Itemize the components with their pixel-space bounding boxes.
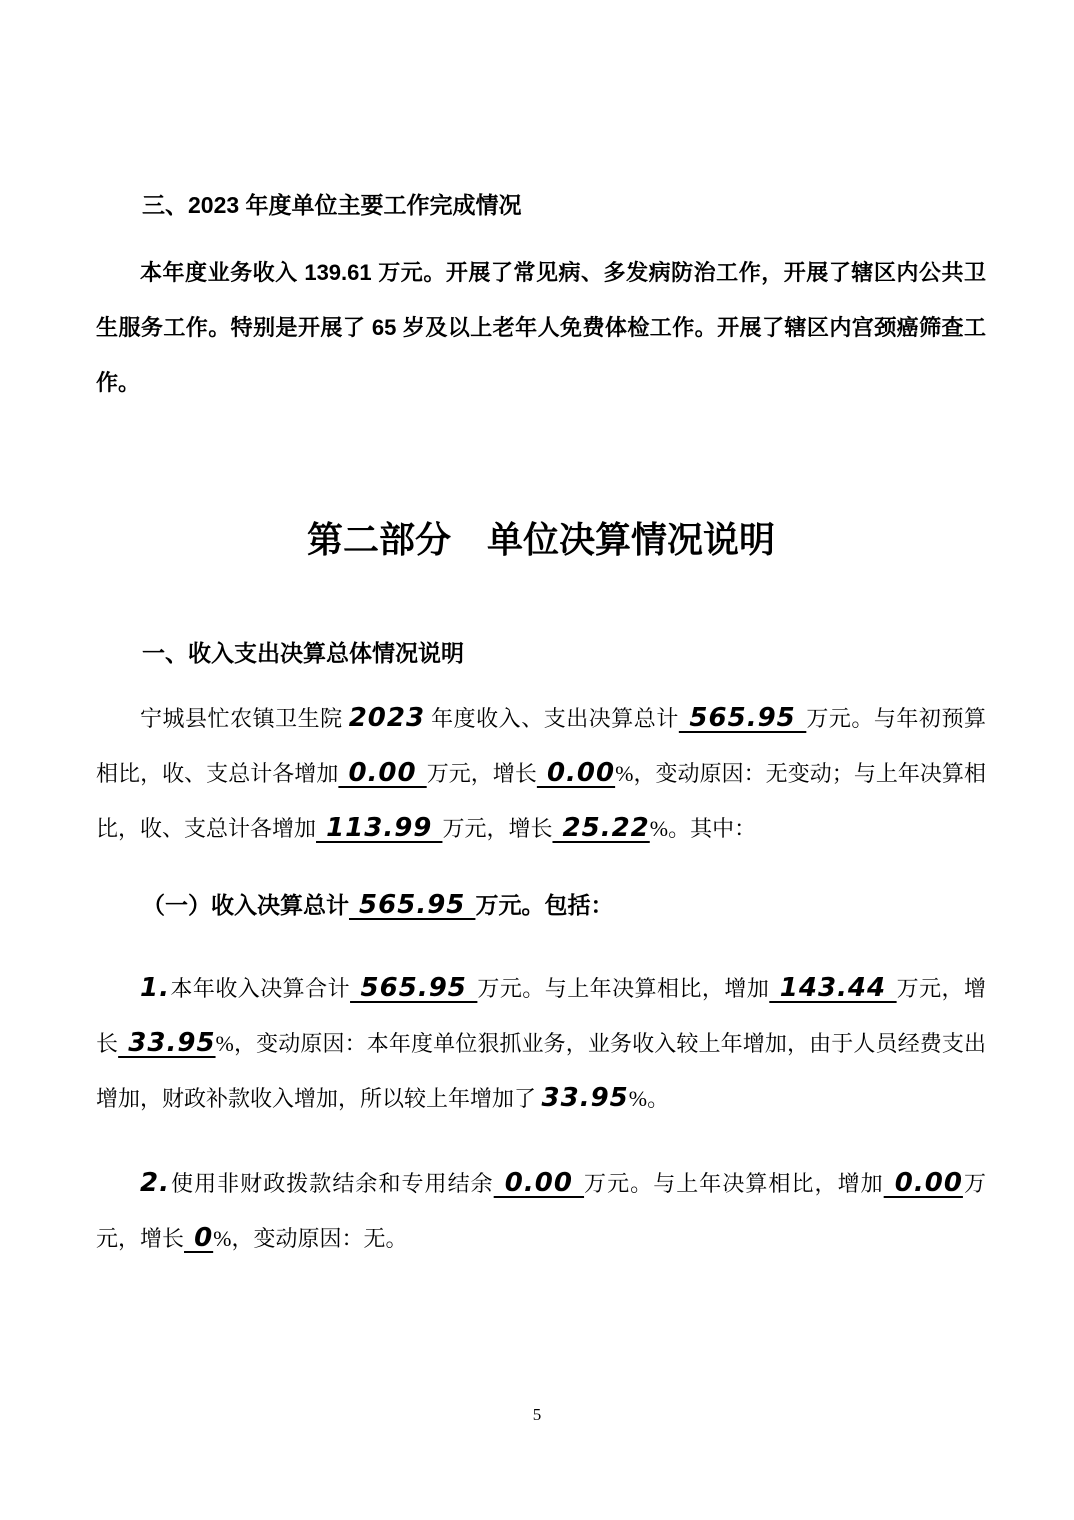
growth-vs-initial-percent: 0.00 [537, 758, 615, 788]
section-heading-annual-work: 三、2023 年度单位主要工作完成情况 [96, 178, 986, 233]
income-increase-value: 143.44 [769, 973, 896, 1003]
increase-vs-initial-value: 0.00 [338, 758, 426, 788]
item-number: 1. [140, 973, 170, 1003]
income-total-value: 565.95 [349, 890, 475, 920]
carryover-increase-value: 0.00 [884, 1168, 963, 1198]
income-growth-percent: 33.95 [118, 1028, 215, 1058]
growth-vs-lastyear-percent: 25.22 [552, 813, 649, 843]
text-run: 本年收入决算合计 [170, 976, 350, 1001]
text-run: 万元。与上年决算相比，增加 [584, 1171, 884, 1196]
carryover-value: 0.00 [494, 1168, 584, 1198]
text-run: 万元，增长 [427, 761, 537, 786]
text-run: 万元。与上年决算相比，增加 [477, 976, 769, 1001]
total-budget-value: 565.95 [679, 703, 806, 733]
section-heading-budget-overview: 一、收入支出决算总体情况说明 [96, 626, 986, 681]
current-year-income-value: 565.95 [350, 973, 477, 1003]
paragraph-annual-work-summary: 本年度业务收入 139.61 万元。开展了常见病、多发病防治工作，开展了辖区内公… [96, 245, 986, 410]
page-content: 三、2023 年度单位主要工作完成情况 本年度业务收入 139.61 万元。开展… [0, 178, 1074, 1266]
text-run: 万元，增长 [442, 816, 552, 841]
text-run: （一）收入决算总计 [142, 892, 349, 918]
subsection-heading-income-total: （一）收入决算总计 565.95 万元。包括： [96, 878, 986, 933]
text-run: 宁城县忙农镇卫生院 [140, 706, 349, 731]
text-run: %。其中： [650, 816, 756, 841]
text-run: %，变动原因：无。 [213, 1226, 407, 1251]
part-two-title: 第二部分 单位决算情况说明 [96, 510, 986, 570]
text-run: %。 [629, 1086, 669, 1111]
item-number: 2. [140, 1168, 170, 1198]
paragraph-income-item2: 2.使用非财政拨款结余和专用结余 0.00 万元。与上年决算相比，增加 0.00… [96, 1156, 986, 1266]
increase-vs-lastyear-value: 113.99 [316, 813, 442, 843]
text-run: 使用非财政拨款结余和专用结余 [170, 1171, 494, 1196]
year-value: 2023 [349, 703, 425, 733]
page-number: 5 [0, 1405, 1074, 1425]
carryover-growth-percent: 0 [184, 1223, 213, 1253]
paragraph-income-item1: 1.本年收入决算合计 565.95 万元。与上年决算相比，增加 143.44 万… [96, 961, 986, 1126]
text-run: 年度收入、支出决算总计 [425, 706, 679, 731]
income-growth-percent-repeat: 33.95 [542, 1083, 629, 1113]
paragraph-budget-overview: 宁城县忙农镇卫生院 2023 年度收入、支出决算总计 565.95 万元。与年初… [96, 691, 986, 856]
document-page: 三、2023 年度单位主要工作完成情况 本年度业务收入 139.61 万元。开展… [0, 0, 1074, 1520]
text-run: 万元。包括： [475, 892, 613, 918]
